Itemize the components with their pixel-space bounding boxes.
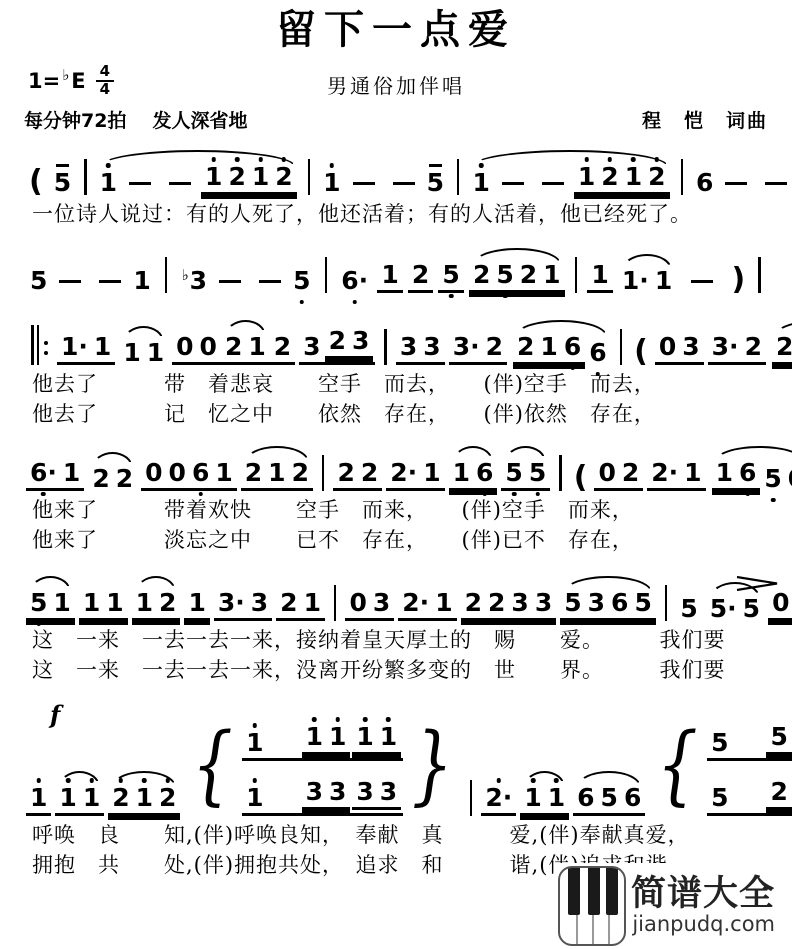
note: 5 xyxy=(770,724,787,749)
music-line-1: (511212151121263 xyxy=(24,145,768,195)
watermark-brand: 简谱大全 xyxy=(631,877,775,912)
note-digit: 3 xyxy=(251,590,268,615)
low-octave-dot xyxy=(771,498,776,503)
note-digit: 0 xyxy=(598,460,615,485)
note-digit: 1 xyxy=(381,262,398,287)
note: 5 xyxy=(496,262,513,287)
note: 1· xyxy=(61,334,88,359)
note-digit: 5 xyxy=(442,262,459,287)
note: 2 xyxy=(465,590,482,615)
sheet-page: 留下一点爱 1=♭E 4 4 男通俗加伴唱 每分钟72拍 发人深省地 程 恺 词… xyxy=(0,0,792,880)
note-digit: 1 xyxy=(147,340,164,365)
note: 6 xyxy=(589,340,606,365)
lyric-line: 这 一来 一去一去一来，接纳着皇天厚土的 赐 爱。 我们要 xyxy=(24,625,768,655)
low-octave-dot xyxy=(535,492,540,497)
note-digit: 0 xyxy=(659,334,676,359)
note: 6· xyxy=(30,460,57,485)
high-octave-dot xyxy=(608,157,613,162)
note: 3 xyxy=(588,590,605,615)
note-digit: 2 xyxy=(337,460,354,485)
note: 1 xyxy=(188,590,205,615)
note-digit: 1 xyxy=(205,164,222,189)
note-digit: 1 xyxy=(83,785,100,810)
meta-row: 1=♭E 4 4 男通俗加伴唱 xyxy=(24,56,768,102)
note: 1· xyxy=(622,268,649,293)
note: 3· xyxy=(218,590,245,615)
note-group xyxy=(379,315,392,365)
note: 2 xyxy=(292,460,309,485)
note: 1 xyxy=(94,334,111,359)
note-digit: 3 xyxy=(303,334,320,359)
high-octave-dot xyxy=(479,163,484,168)
note-digit: 5· xyxy=(710,596,737,621)
note-digit: 1 xyxy=(248,334,265,359)
note: 1 xyxy=(380,724,397,749)
slur-group: 1650 xyxy=(710,446,792,491)
note: 3 xyxy=(423,334,440,359)
high-octave-dot xyxy=(330,163,335,168)
note-group: 55555 xyxy=(707,724,792,761)
note-digit: 1 xyxy=(94,334,111,359)
note-digit: 6· xyxy=(341,268,368,293)
slur-group: 2166 xyxy=(511,320,611,365)
note-group: 23 xyxy=(325,328,374,359)
barline xyxy=(470,780,473,816)
note-digit: 1 xyxy=(83,590,100,615)
note: 2 xyxy=(329,328,346,353)
note-digit: 1 xyxy=(188,590,205,615)
note-digit: 1 xyxy=(716,460,733,485)
sustain-dash xyxy=(129,182,151,186)
note-group: ( xyxy=(26,151,46,195)
repeat-start-sign xyxy=(31,325,48,365)
high-octave-dot xyxy=(631,157,636,162)
note-digit: 1 xyxy=(453,460,470,485)
note: 2 xyxy=(337,460,354,485)
note-group: 5 xyxy=(676,582,701,621)
note-group: 2·1 xyxy=(647,446,705,491)
note: 1 xyxy=(63,460,80,485)
note-group: 5 xyxy=(50,156,75,195)
note: 1 xyxy=(591,262,608,287)
low-octave-dot xyxy=(449,294,454,299)
narration-text: 一位诗人说过：有的人死了，他还活着；有的人活着，他已经死了。 xyxy=(24,199,768,229)
note-digit: 1 xyxy=(578,164,595,189)
stack-bottom-voice: 52222 xyxy=(705,770,792,816)
note: ♭3 xyxy=(182,268,207,293)
low-octave-dot xyxy=(512,492,517,497)
note: 2 xyxy=(473,262,490,287)
high-octave-dot xyxy=(282,157,287,162)
sustain-dash xyxy=(765,182,787,186)
slur-group: 11212 xyxy=(468,150,671,195)
note-group: 1212 xyxy=(574,164,670,195)
note-digit: 3 xyxy=(400,334,417,359)
note-group: 55 xyxy=(766,724,792,755)
note-digit: 6 xyxy=(696,170,713,195)
note-group: 6·1 xyxy=(26,446,84,491)
note: 3 xyxy=(303,334,320,359)
note-digit: 2 xyxy=(361,460,378,485)
note-digit: 3 xyxy=(306,779,323,804)
note-group: 11111 xyxy=(242,724,403,761)
high-octave-dot xyxy=(142,778,147,783)
note-digit: 5 xyxy=(293,268,310,293)
note: 3 xyxy=(682,334,699,359)
note-digit: 3 xyxy=(588,590,605,615)
note-group: 3·2 xyxy=(708,320,766,365)
note-digit: 5 xyxy=(30,268,47,293)
note-digit: 5 xyxy=(770,724,787,749)
sustain-dash xyxy=(219,280,241,284)
note-digit: 5 xyxy=(743,596,760,621)
sustain-dash xyxy=(169,182,191,186)
note-digit: 1 xyxy=(252,164,269,189)
composer-credit: 程 恺 词曲 xyxy=(642,106,768,133)
note: 1 xyxy=(548,785,565,810)
note: 3 xyxy=(329,779,346,804)
note: 1 xyxy=(133,268,150,293)
note: 1 xyxy=(323,170,340,195)
note-digit: 3 xyxy=(373,590,390,615)
note-digit: 5 xyxy=(496,262,513,287)
note-token xyxy=(37,325,40,365)
lyric-line: 他去了 记 忆之中 依然 存在， (伴)依然 存在， xyxy=(24,399,768,429)
note: 5 xyxy=(529,460,546,485)
note-digit: 3 xyxy=(423,334,440,359)
note-digit: 2 xyxy=(92,466,109,491)
note-digit: 5 xyxy=(564,590,581,615)
note-digit: 1 xyxy=(655,268,672,293)
note-digit: 3· xyxy=(453,334,480,359)
note-group: 22 xyxy=(766,779,792,810)
note-digit: 1· xyxy=(61,334,88,359)
note: 3 xyxy=(511,590,528,615)
note-digit: 1 xyxy=(356,724,373,749)
note: 2 xyxy=(622,460,639,485)
subtitle: 男通俗加伴唱 xyxy=(24,70,768,99)
note: 2 xyxy=(776,334,792,359)
note-group xyxy=(753,243,766,293)
note-digit: 1 xyxy=(323,170,340,195)
note-digit: 5 xyxy=(764,466,781,491)
note-digit: 2 xyxy=(329,328,346,353)
note: 1 xyxy=(304,590,321,615)
note: 2· xyxy=(651,460,678,485)
dynamic-marking: f xyxy=(50,700,60,729)
lyric-line: 他来了 淡忘之中 已不 存在， (伴)已不 存在， xyxy=(24,525,768,555)
slur-group: 656 xyxy=(573,771,645,816)
note: 2 xyxy=(361,460,378,485)
note-digit: 0 xyxy=(200,334,217,359)
note-digit: 2 xyxy=(465,590,482,615)
note-digit: 6 xyxy=(476,460,493,485)
note-digit: 2 xyxy=(622,460,639,485)
note-group xyxy=(79,145,92,195)
slur-group: 212 xyxy=(108,771,180,816)
note: 2 xyxy=(412,262,429,287)
music-line-6: f111212{1111113333}2·11656{5555552222} xyxy=(24,715,768,816)
lyric-line: 他来了 带着欢快 空手 而来， (伴)空手 而来， xyxy=(24,495,768,525)
lyrics-block-3: 这 一来 一去一去一来，接纳着皇天厚土的 赐 爱。 我们要 这 一来 一去一去一… xyxy=(24,625,768,685)
note-group xyxy=(465,766,478,816)
note-digit: 6 xyxy=(611,590,628,615)
note-group: 1 xyxy=(377,248,402,293)
note-digit: 3 xyxy=(535,590,552,615)
note-group: 1 xyxy=(26,771,51,816)
note: 1 xyxy=(540,334,557,359)
note-digit: 1 xyxy=(136,785,153,810)
note-digit: 2 xyxy=(159,785,176,810)
note: 1 xyxy=(123,340,140,365)
note-digit: 1 xyxy=(548,785,565,810)
note: 5 xyxy=(601,785,618,810)
note-group: 51 xyxy=(26,254,155,293)
high-octave-dot xyxy=(258,157,263,162)
left-brace: { xyxy=(657,731,698,800)
note: 2 xyxy=(745,334,762,359)
note-digit: 6 xyxy=(624,785,641,810)
note: 5 xyxy=(711,785,728,810)
note: 1 xyxy=(655,268,672,293)
note-group: 52222 xyxy=(707,779,792,816)
note: 5 xyxy=(427,170,444,195)
tempo-left: 每分钟72拍 发人深省地 xyxy=(24,106,247,133)
note-digit: 1 xyxy=(53,590,70,615)
high-octave-dot xyxy=(235,157,240,162)
note-digit: 3· xyxy=(712,334,739,359)
high-octave-dot xyxy=(497,778,502,783)
high-octave-dot xyxy=(312,717,317,722)
sustain-dash xyxy=(99,280,121,284)
note-digit: 1 xyxy=(472,170,489,195)
note-digit: 2 xyxy=(274,334,291,359)
lyrics-block-2: 他来了 带着欢快 空手 而来， (伴)空手 而来， 他来了 淡忘之中 已不 存在… xyxy=(24,495,768,555)
note: 2 xyxy=(245,460,262,485)
note-digit: 2 xyxy=(488,590,505,615)
note: 0 xyxy=(169,460,186,485)
note-digit: 2· xyxy=(402,590,429,615)
slur-group: 12 xyxy=(132,576,181,621)
note: 5 xyxy=(564,590,581,615)
note-token: 1111113333 xyxy=(240,715,405,816)
right-brace: } xyxy=(412,731,453,800)
note-digit: 2 xyxy=(225,334,242,359)
note-digit: 1 xyxy=(123,340,140,365)
note-group xyxy=(320,243,333,293)
note: 2 xyxy=(228,164,245,189)
note: 1 xyxy=(684,460,701,485)
high-octave-dot xyxy=(386,717,391,722)
note-digit: 3· xyxy=(218,590,245,615)
note: 1 xyxy=(306,724,323,749)
note-group: 216 xyxy=(513,334,585,365)
note-digit: 5 xyxy=(711,730,728,755)
flat-sign: ♭ xyxy=(182,268,189,283)
parenthesis: ( xyxy=(29,167,43,197)
chord-stack: {1111113333} xyxy=(185,715,459,816)
note-digit: 0 xyxy=(349,590,366,615)
note: 5 xyxy=(711,730,728,755)
barline xyxy=(165,257,168,293)
note: 2 xyxy=(517,334,534,359)
note: 0 xyxy=(659,334,676,359)
note-digit: 1 xyxy=(625,164,642,189)
note-digit: 2 xyxy=(776,334,792,359)
note-group: 16 xyxy=(712,460,761,491)
note-group: 22 xyxy=(333,446,382,491)
note-digit: 1 xyxy=(423,460,440,485)
note-group: 02 xyxy=(594,446,643,491)
lyrics-block-1: 他去了 带 着悲哀 空手 而去， (伴)空手 而去， 他去了 记 忆之中 依然 … xyxy=(24,369,768,429)
parenthesis: ( xyxy=(634,337,648,367)
note-digit: 6 xyxy=(739,460,756,485)
note: 2 xyxy=(225,334,242,359)
note-digit: 1 xyxy=(133,268,150,293)
high-octave-dot xyxy=(335,717,340,722)
high-octave-dot xyxy=(253,778,258,783)
note: 0 xyxy=(772,590,789,615)
note: 1 xyxy=(423,460,440,485)
note-digit: 1 xyxy=(246,730,263,755)
note-group: 2 xyxy=(408,248,433,293)
note-group: 63 xyxy=(692,156,792,195)
barline xyxy=(681,159,684,195)
watermark-domain: jianpudq.com xyxy=(632,914,775,935)
note-digit: 5 xyxy=(634,590,651,615)
note: 2 xyxy=(159,785,176,810)
note: 1 xyxy=(716,460,733,485)
note-digit: 0 xyxy=(788,466,792,491)
note: 1 xyxy=(268,460,285,485)
note-group xyxy=(570,243,583,293)
low-octave-dot xyxy=(300,300,305,305)
barline xyxy=(665,585,668,621)
note: 5 xyxy=(54,170,71,195)
note-digit: 6· xyxy=(30,460,57,485)
note-digit: 5 xyxy=(54,170,71,195)
high-octave-dot xyxy=(655,157,660,162)
note-group: 2· xyxy=(481,771,516,816)
note-digit: 1 xyxy=(543,262,560,287)
note: 2· xyxy=(402,590,429,615)
note: 5 xyxy=(30,268,47,293)
note-group: 03 xyxy=(345,576,394,621)
note-group: 1 xyxy=(184,576,209,621)
note-digit: 3 xyxy=(682,334,699,359)
note-group: 3·3 xyxy=(214,576,272,621)
music-line-4: 6·1220061212222·11655(022·11650) xyxy=(24,441,768,491)
note-digit: 1 xyxy=(306,724,323,749)
note-digit: 5 xyxy=(505,460,522,485)
note: 1 xyxy=(453,460,470,485)
note-digit: 6 xyxy=(589,340,606,365)
note: 6 xyxy=(611,590,628,615)
note: 2 xyxy=(112,785,129,810)
note: 5 xyxy=(442,262,459,287)
note: 2 xyxy=(92,466,109,491)
slur-group: 2160 xyxy=(770,320,792,365)
note-digit: 1 xyxy=(63,460,80,485)
note-digit: 1 xyxy=(524,785,541,810)
note: 1 xyxy=(356,724,373,749)
note: 1 xyxy=(246,730,263,755)
note-digit: 2 xyxy=(601,164,618,189)
low-octave-dot xyxy=(482,492,487,497)
slur-group: 5365 xyxy=(560,576,656,621)
note: 1 xyxy=(435,590,452,615)
note: 5 xyxy=(743,596,760,621)
note: 2 xyxy=(274,334,291,359)
barline xyxy=(84,159,87,195)
note: 3 xyxy=(380,779,397,804)
parenthesis: ( xyxy=(574,463,588,493)
note: 1 xyxy=(205,164,222,189)
note: 1 xyxy=(246,785,263,810)
note-group: 13333 xyxy=(242,779,403,816)
note: 1 xyxy=(543,262,560,287)
note: 6 xyxy=(476,460,493,485)
note: 6 xyxy=(192,460,209,485)
note-digit: 2 xyxy=(275,164,292,189)
note-group: 11 xyxy=(352,724,401,755)
note: 5 xyxy=(680,596,697,621)
note: 3 xyxy=(251,590,268,615)
note-group: 216 xyxy=(772,334,792,365)
note-group: 15 xyxy=(319,156,448,195)
barline xyxy=(384,329,387,365)
note-digit: 1 xyxy=(540,334,557,359)
note: 1 xyxy=(83,590,100,615)
high-octave-dot xyxy=(89,778,94,783)
note: 1 xyxy=(147,340,164,365)
note-group: 2·1 xyxy=(398,576,456,621)
stack-top-voice: 11111 xyxy=(240,715,405,761)
note-digit: 3 xyxy=(511,590,528,615)
sustain-dash xyxy=(542,182,564,186)
high-octave-dot xyxy=(584,157,589,162)
note-digit: 3 xyxy=(356,779,373,804)
slur-group: 1·1 xyxy=(618,254,676,293)
note-group: 00212 xyxy=(172,320,295,365)
note-digit: 1 xyxy=(380,724,397,749)
note-token xyxy=(44,341,48,355)
barline xyxy=(559,455,562,491)
note-group: 03 xyxy=(655,320,704,365)
note-group: 33 xyxy=(352,779,401,810)
slur-group: 11212 xyxy=(96,150,299,195)
note-digit: 5 xyxy=(529,460,546,485)
parenthesis: ) xyxy=(732,265,746,295)
note-digit: 0 xyxy=(169,460,186,485)
sustain-dash xyxy=(59,280,81,284)
note: 1 xyxy=(472,170,489,195)
note-group: 2233 xyxy=(461,576,557,621)
note-digit: 2 xyxy=(770,779,787,804)
note: 2· xyxy=(390,460,417,485)
lyric-line: 他去了 带 着悲哀 空手 而去， (伴)空手 而去， xyxy=(24,369,768,399)
note: 0 xyxy=(349,590,366,615)
note: 1 xyxy=(248,334,265,359)
note-digit: 2· xyxy=(651,460,678,485)
low-octave-dot xyxy=(198,492,203,497)
note-digit: 2 xyxy=(412,262,429,287)
note: 0 xyxy=(145,460,162,485)
note: 2 xyxy=(488,590,505,615)
barline xyxy=(758,257,761,293)
note: 5 xyxy=(764,466,781,491)
note: 3 xyxy=(373,590,390,615)
